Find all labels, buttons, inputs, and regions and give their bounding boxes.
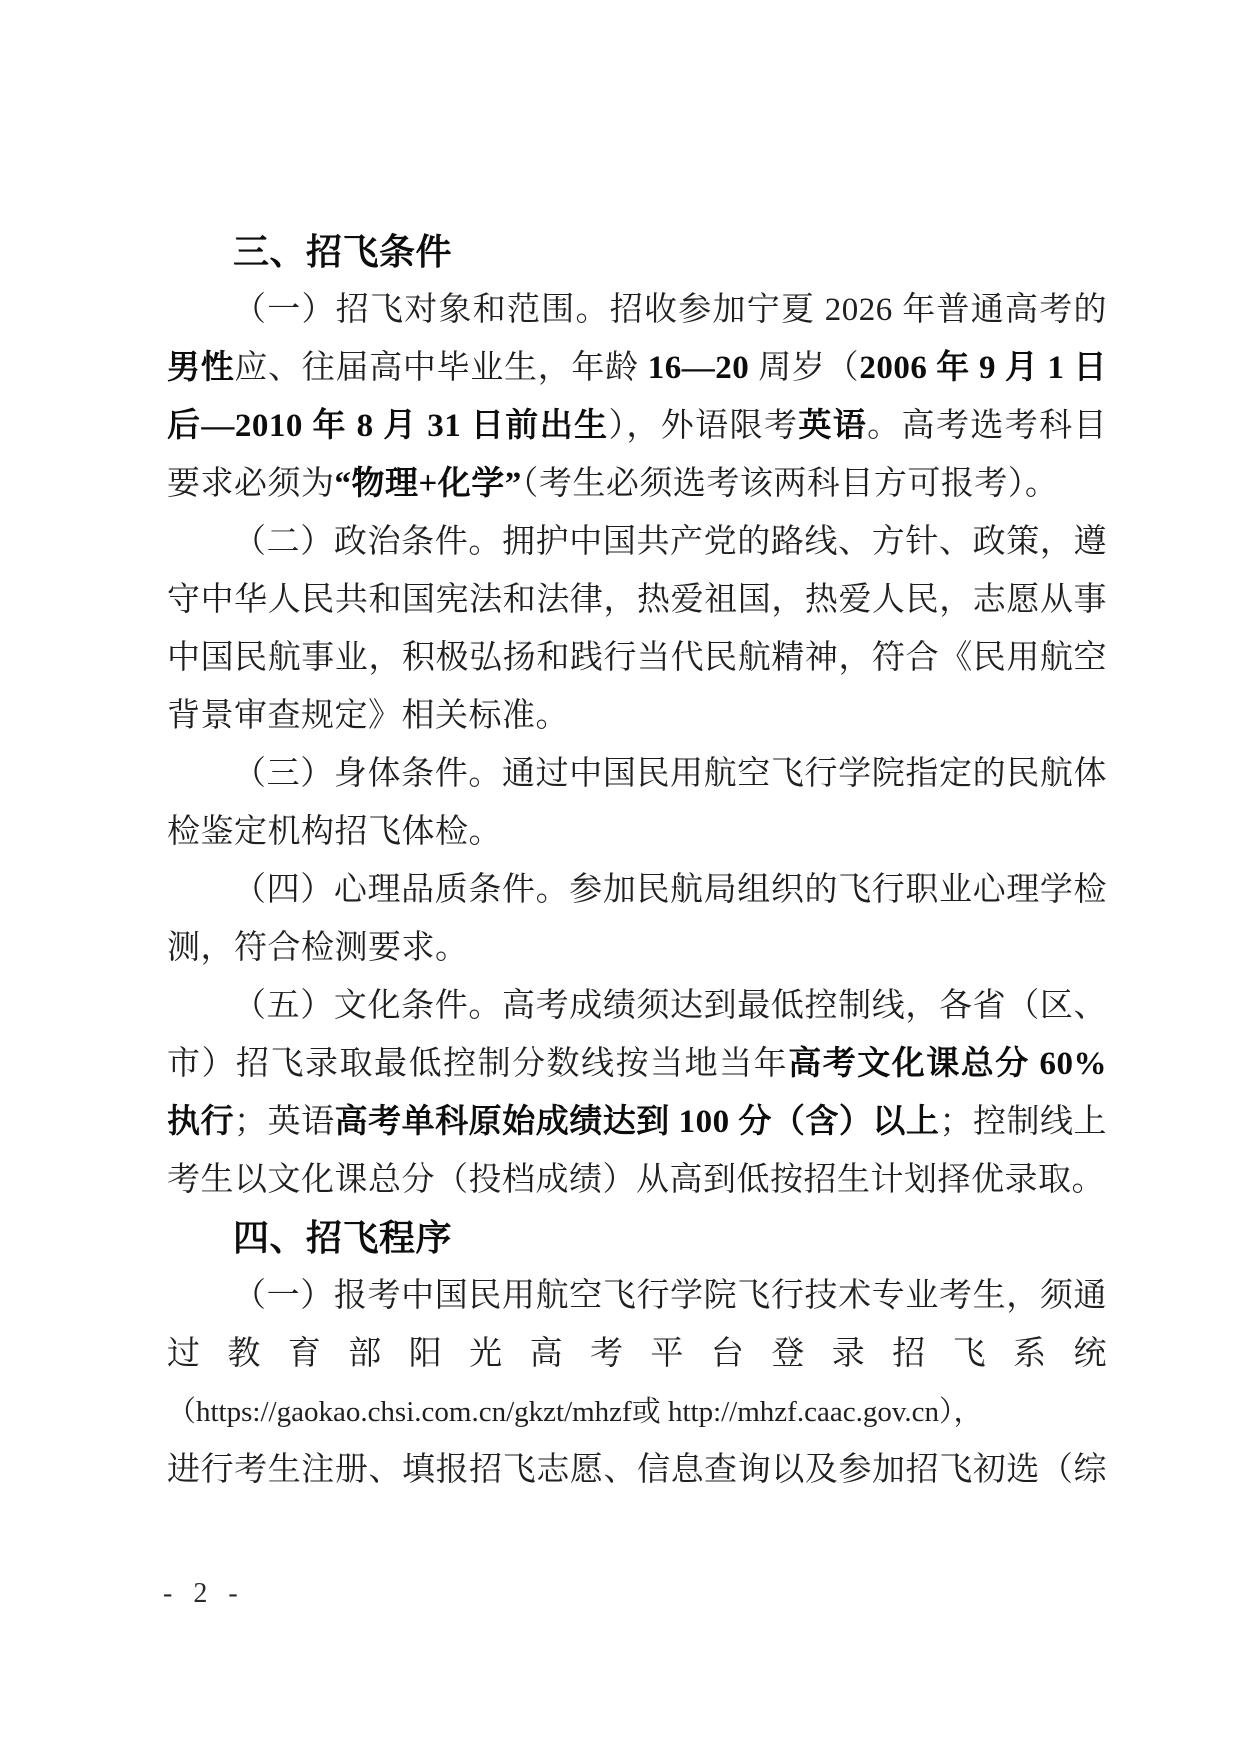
text-line: （https://gaokao.chsi.com.cn/gkzt/mhzf或 h… bbox=[167, 1383, 1107, 1441]
text-run: 市）招飞录取最低控制分数线按当地当年 bbox=[167, 1046, 788, 1082]
text-line: 背景审查规定》相关标准。 bbox=[167, 687, 1107, 745]
text-run: 高考文化课总分 60% bbox=[788, 1046, 1107, 1082]
text-run: 男性 bbox=[167, 350, 234, 386]
text-line: 测，符合检测要求。 bbox=[167, 919, 1107, 977]
text-run: （考生必须选考该两科目方可报考）。 bbox=[522, 466, 1059, 502]
text-line: 后—2010 年 8 月 31 日前出生），外语限考英语。高考选考科目 bbox=[167, 397, 1107, 455]
text-line: （二）政治条件。拥护中国共产党的路线、方针、政策，遵 bbox=[167, 513, 1107, 571]
text-line: 守中华人民共和国宪法和法律，热爱祖国，热爱人民，志愿从事 bbox=[167, 571, 1107, 629]
text-line: 四、招飞程序 bbox=[167, 1209, 1107, 1267]
text-run: （三）身体条件。通过中国民用航空飞行学院指定的民航体 bbox=[233, 756, 1107, 792]
text-run: ；英语 bbox=[234, 1104, 335, 1140]
text-run: 中国民航事业，积极弘扬和践行当代民航精神，符合《民用航空 bbox=[167, 640, 1107, 676]
text-run: 守中华人民共和国宪法和法律，热爱祖国，热爱人民，志愿从事 bbox=[167, 582, 1107, 618]
text-line: 执行；英语高考单科原始成绩达到 100 分（含）以上；控制线上 bbox=[167, 1093, 1107, 1151]
text-line: （一）招飞对象和范围。招收参加宁夏 2026 年普通高考的 bbox=[167, 281, 1107, 339]
text-run: “物理+化学” bbox=[335, 466, 522, 502]
text-run: （https://gaokao.chsi.com.cn/gkzt/mhzf或 h… bbox=[167, 1396, 983, 1428]
text-run: 16—20 bbox=[648, 350, 750, 386]
text-line: （五）文化条件。高考成绩须达到最低控制线，各省（区、 bbox=[167, 977, 1107, 1035]
text-run: 。高考选考科目 bbox=[867, 408, 1107, 444]
document-page: 三、招飞条件（一）招飞对象和范围。招收参加宁夏 2026 年普通高考的男性应、往… bbox=[0, 0, 1240, 1753]
text-run: 应、往届高中毕业生，年龄 bbox=[234, 350, 647, 386]
document-body: 三、招飞条件（一）招飞对象和范围。招收参加宁夏 2026 年普通高考的男性应、往… bbox=[167, 223, 1107, 1499]
text-run: 高考单科原始成绩达到 100 分（含）以上 bbox=[335, 1104, 940, 1140]
text-run: 四、招飞程序 bbox=[233, 1217, 452, 1258]
text-run: 后—2010 年 8 月 31 日前出生 bbox=[167, 408, 608, 444]
text-run: 2006 年 9 月 1 日 bbox=[859, 350, 1107, 386]
text-line: 考生以文化课总分（投档成绩）从高到低按招生计划择优录取。 bbox=[167, 1151, 1107, 1209]
text-line: 三、招飞条件 bbox=[167, 223, 1107, 281]
text-line: （三）身体条件。通过中国民用航空飞行学院指定的民航体 bbox=[167, 745, 1107, 803]
text-run: 周岁（ bbox=[749, 350, 859, 386]
text-line: 中国民航事业，积极弘扬和践行当代民航精神，符合《民用航空 bbox=[167, 629, 1107, 687]
page-number: - 2 - bbox=[163, 1577, 245, 1611]
text-line: 市）招飞录取最低控制分数线按当地当年高考文化课总分 60% bbox=[167, 1035, 1107, 1093]
text-line: 进行考生注册、填报招飞志愿、信息查询以及参加招飞初选（综 bbox=[167, 1441, 1107, 1499]
text-line: 检鉴定机构招飞体检。 bbox=[167, 803, 1107, 861]
text-run: （二）政治条件。拥护中国共产党的路线、方针、政策，遵 bbox=[233, 524, 1107, 560]
text-run: （四）心理品质条件。参加民航局组织的飞行职业心理学检 bbox=[233, 872, 1107, 908]
text-run: 背景审查规定》相关标准。 bbox=[167, 698, 569, 734]
text-run: （一）招飞对象和范围。招收参加宁夏 2026 年普通高考的 bbox=[233, 292, 1107, 328]
text-run: 过教育部阳光高考平台登录招飞系统 bbox=[167, 1336, 1107, 1372]
text-run: （一）报考中国民用航空飞行学院飞行技术专业考生，须通 bbox=[233, 1278, 1107, 1314]
text-run: 检鉴定机构招飞体检。 bbox=[167, 814, 502, 850]
text-line: 要求必须为“物理+化学”（考生必须选考该两科目方可报考）。 bbox=[167, 455, 1107, 513]
text-run: （五）文化条件。高考成绩须达到最低控制线，各省（区、 bbox=[233, 988, 1107, 1024]
text-run: 英语 bbox=[798, 408, 867, 444]
text-run: ），外语限考 bbox=[608, 408, 798, 444]
text-line: 过教育部阳光高考平台登录招飞系统 bbox=[167, 1325, 1107, 1383]
text-run: 要求必须为 bbox=[167, 466, 335, 502]
text-run: 进行考生注册、填报招飞志愿、信息查询以及参加招飞初选（综 bbox=[167, 1452, 1107, 1488]
text-line: 男性应、往届高中毕业生，年龄 16—20 周岁（2006 年 9 月 1 日 bbox=[167, 339, 1107, 397]
text-line: （四）心理品质条件。参加民航局组织的飞行职业心理学检 bbox=[167, 861, 1107, 919]
text-run: 三、招飞条件 bbox=[233, 231, 452, 272]
text-line: （一）报考中国民用航空飞行学院飞行技术专业考生，须通 bbox=[167, 1267, 1107, 1325]
text-run: 执行 bbox=[167, 1104, 234, 1140]
text-run: 测，符合检测要求。 bbox=[167, 930, 469, 966]
text-run: ；控制线上 bbox=[939, 1104, 1107, 1140]
text-run: 考生以文化课总分（投档成绩）从高到低按招生计划择优录取。 bbox=[167, 1162, 1105, 1198]
